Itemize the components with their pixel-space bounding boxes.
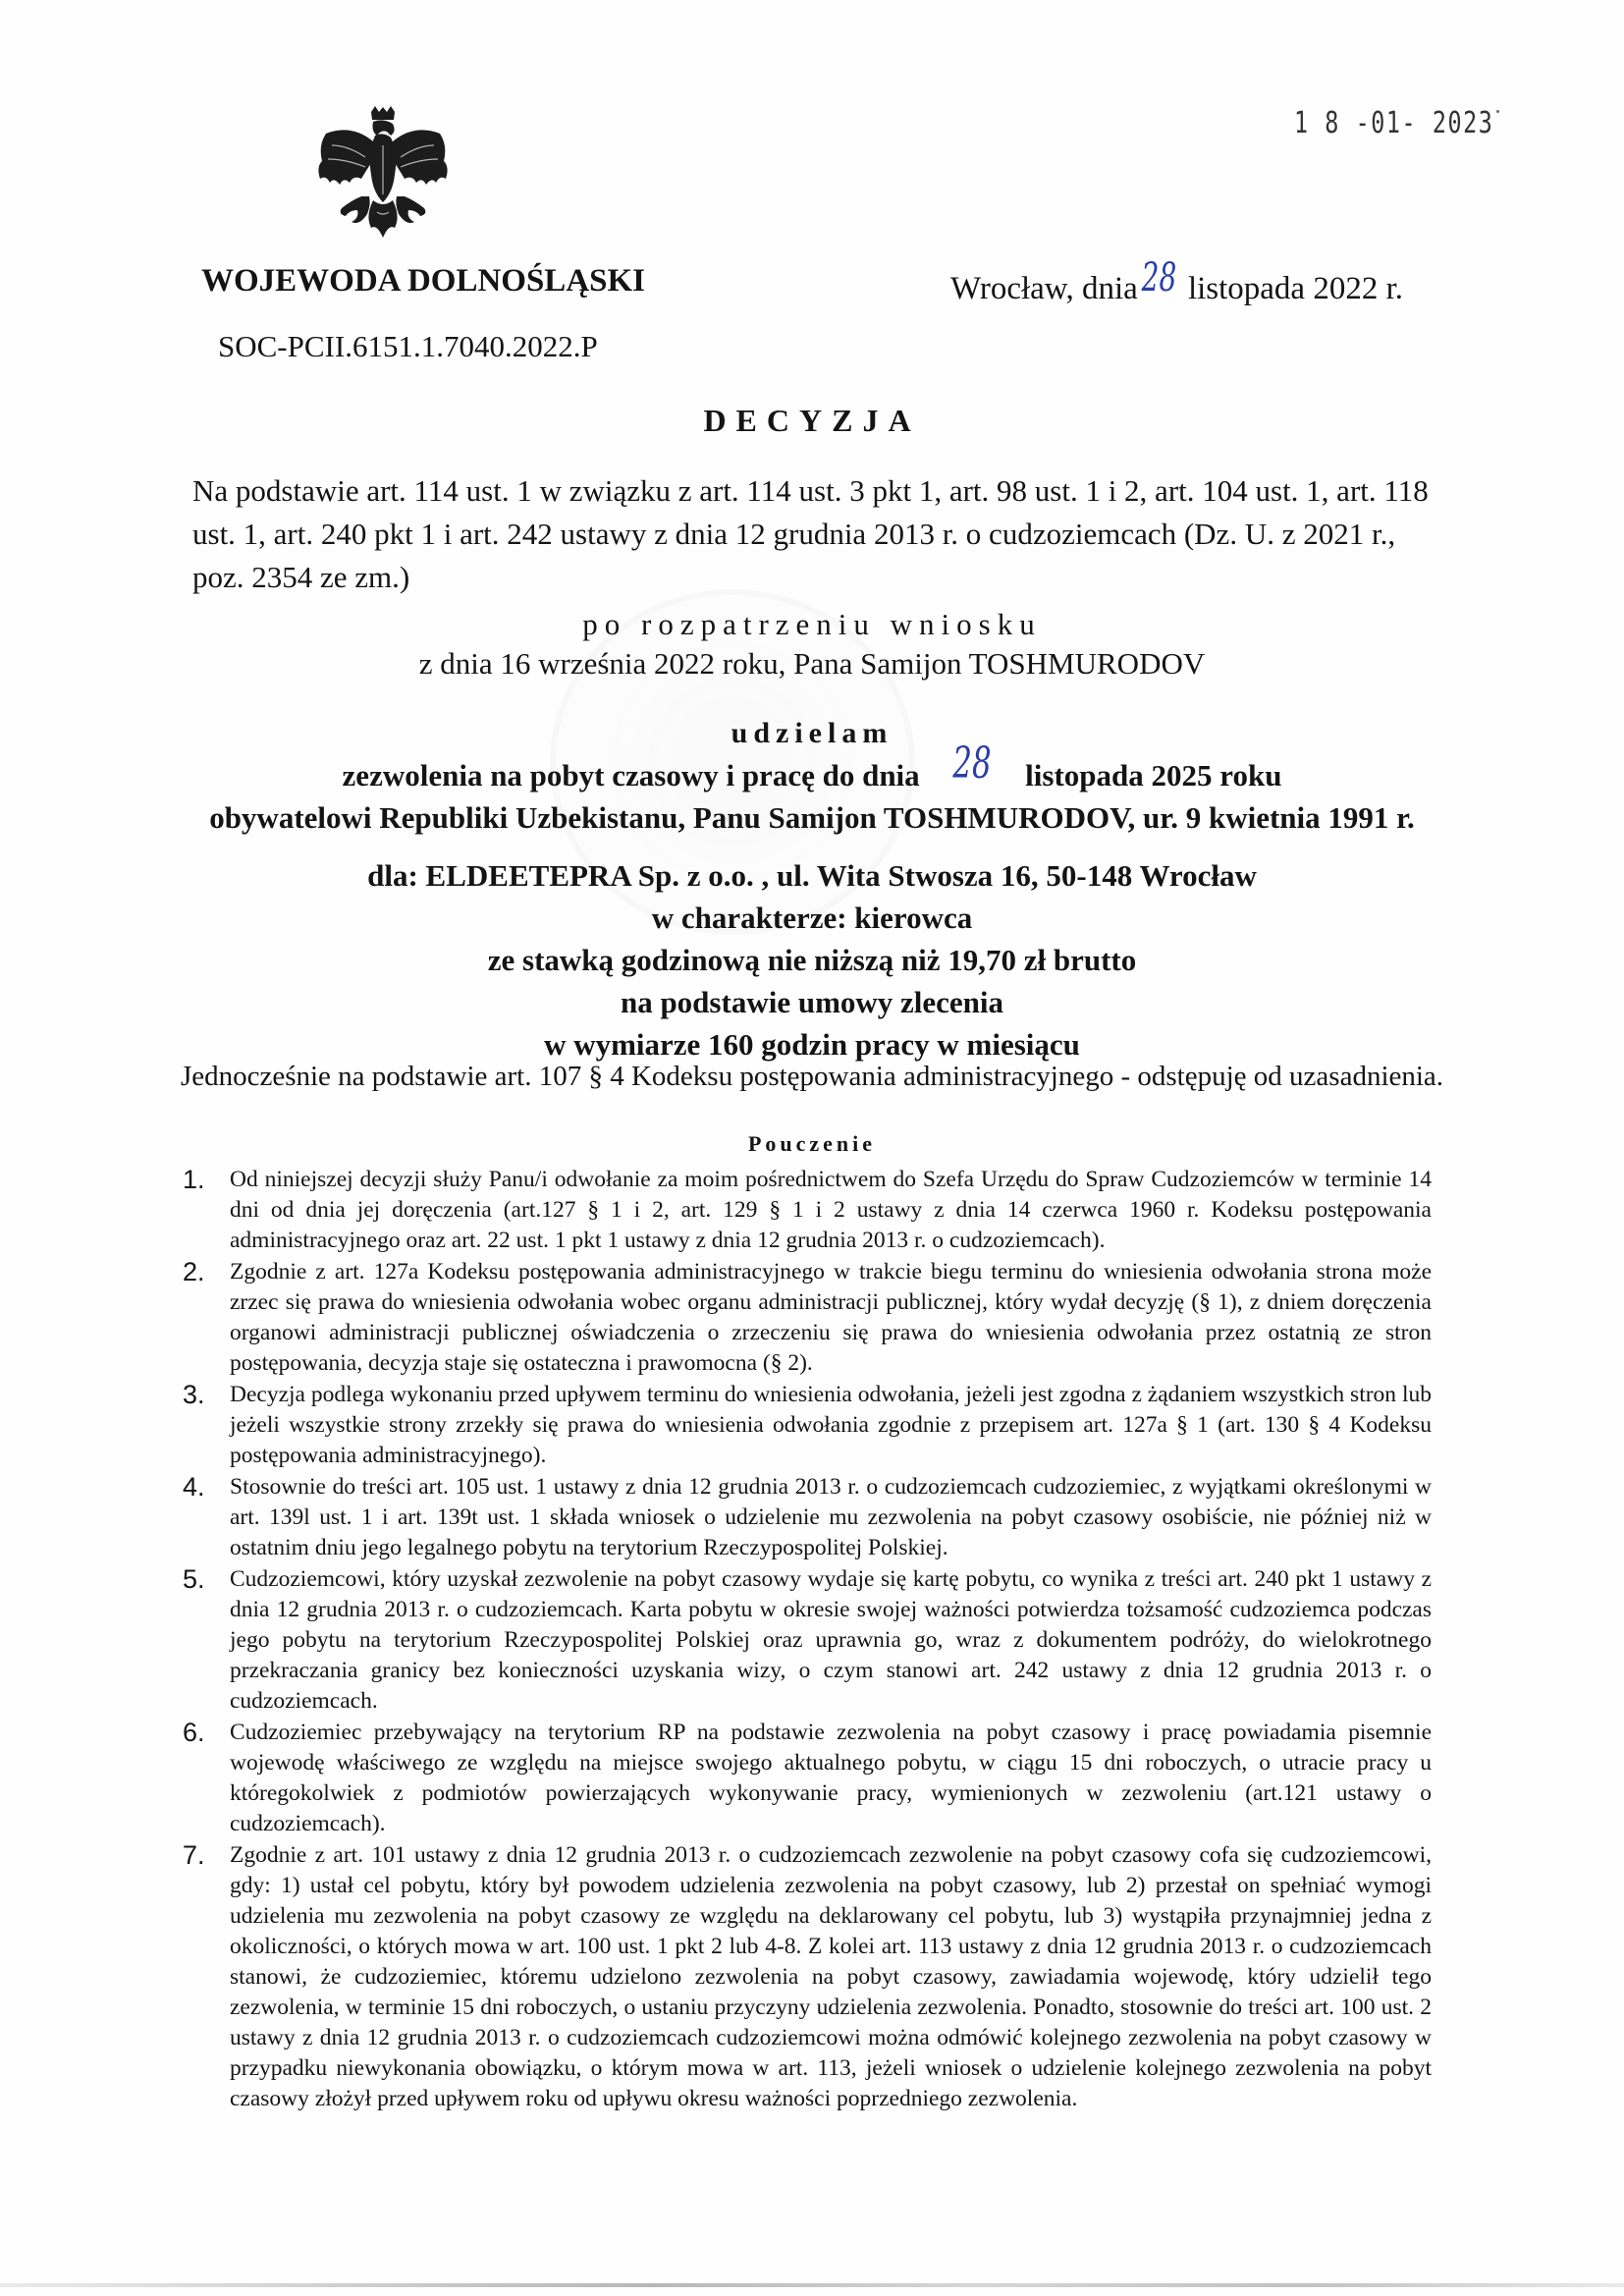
scan-bottom-edge bbox=[0, 2283, 1624, 2287]
handwritten-day: 28 bbox=[1141, 255, 1176, 301]
case-number: SOC-PCII.6151.1.7040.2022.P bbox=[218, 329, 598, 364]
permit-holder: obywatelowi Republiki Uzbekistanu, Panu … bbox=[0, 796, 1624, 839]
instruction-item: 6.Cudzoziemiec przebywający na terytoriu… bbox=[183, 1718, 1432, 1839]
request-details: z dnia 16 września 2022 roku, Pana Samij… bbox=[0, 646, 1624, 682]
permit-prefix: zezwolenia na pobyt czasowy i pracę do d… bbox=[343, 758, 920, 793]
legal-basis-paragraph: Na podstawie art. 114 ust. 1 w związku z… bbox=[192, 469, 1432, 599]
item-text: Cudzoziemiec przebywający na terytorium … bbox=[230, 1720, 1432, 1836]
document-title: DECYZJA bbox=[0, 403, 1624, 439]
hourly-wage: ze stawką godzinową nie niższą niż 19,70… bbox=[0, 939, 1624, 981]
place-prefix: Wrocław, dnia bbox=[950, 271, 1138, 306]
item-text: Stosownie do treści art. 105 ust. 1 usta… bbox=[230, 1474, 1432, 1560]
document-page: 1 8 -01- 2023 WOJEWODA DOLNOŚLĄSKI Wrocł… bbox=[0, 0, 1624, 2296]
instruction-item: 2.Zgodnie z art. 127a Kodeksu postępowan… bbox=[183, 1257, 1432, 1379]
instruction-item: 4.Stosownie do treści art. 105 ust. 1 us… bbox=[183, 1472, 1432, 1563]
item-number: 7. bbox=[183, 1840, 205, 1871]
instruction-item: 7.Zgodnie z art. 101 ustawy z dnia 12 gr… bbox=[183, 1840, 1432, 2114]
item-number: 4. bbox=[183, 1472, 205, 1503]
received-date-stamp: 1 8 -01- 2023 bbox=[1294, 106, 1493, 140]
grant-section: udzielam zezwolenia na pobyt czasowy i p… bbox=[0, 717, 1624, 839]
stamp-speck bbox=[1496, 110, 1499, 113]
instruction-item: 5.Cudzoziemcowi, który uzyskał zezwoleni… bbox=[183, 1564, 1432, 1717]
instruction-item: 3.Decyzja podlega wykonaniu przed upływe… bbox=[183, 1380, 1432, 1471]
contract-type: na podstawie umowy zlecenia bbox=[0, 981, 1624, 1023]
item-number: 6. bbox=[183, 1718, 205, 1748]
item-number: 3. bbox=[183, 1380, 205, 1410]
item-text: Zgodnie z art. 127a Kodeksu postępowania… bbox=[230, 1259, 1432, 1376]
item-number: 2. bbox=[183, 1257, 205, 1287]
employment-section: dla: ELDEETEPRA Sp. z o.o. , ul. Wita St… bbox=[0, 854, 1624, 1066]
item-text: Od niniejszej decyzji służy Panu/i odwoł… bbox=[230, 1167, 1432, 1253]
employer: dla: ELDEETEPRA Sp. z o.o. , ul. Wita St… bbox=[0, 854, 1624, 897]
working-hours: w wymiarze 160 godzin pracy w miesiącu bbox=[0, 1023, 1624, 1066]
instructions-heading: Pouczenie bbox=[0, 1131, 1624, 1157]
polish-eagle-emblem-icon bbox=[312, 106, 455, 246]
issuing-authority: WOJEWODA DOLNOŚLĄSKI bbox=[201, 263, 645, 300]
item-text: Cudzoziemcowi, który uzyskał zezwolenie … bbox=[230, 1566, 1432, 1714]
permit-validity: zezwolenia na pobyt czasowy i pracę do d… bbox=[0, 750, 1624, 796]
item-number: 1. bbox=[183, 1165, 205, 1195]
item-text: Decyzja podlega wykonaniu przed upływem … bbox=[230, 1382, 1432, 1468]
handwritten-permit-day: 28 bbox=[953, 742, 992, 785]
grant-heading: udzielam bbox=[0, 717, 1624, 750]
place-and-date: Wrocław, dnia28 listopada 2022 r. bbox=[950, 263, 1403, 308]
date-suffix: listopada 2022 r. bbox=[1188, 271, 1403, 306]
instructions-list: 1.Od niniejszej decyzji służy Panu/i odw… bbox=[183, 1165, 1432, 2115]
request-heading: po rozpatrzeniu wniosku bbox=[0, 607, 1624, 642]
permit-suffix: listopada 2025 roku bbox=[1025, 758, 1281, 793]
justification-waiver: Jednocześnie na podstawie art. 107 § 4 K… bbox=[0, 1061, 1624, 1093]
instruction-item: 1.Od niniejszej decyzji służy Panu/i odw… bbox=[183, 1165, 1432, 1256]
item-number: 5. bbox=[183, 1564, 205, 1595]
item-text: Zgodnie z art. 101 ustawy z dnia 12 grud… bbox=[230, 1842, 1432, 2111]
job-position: w charakterze: kierowca bbox=[0, 897, 1624, 939]
request-section: po rozpatrzeniu wniosku z dnia 16 wrześn… bbox=[0, 607, 1624, 682]
